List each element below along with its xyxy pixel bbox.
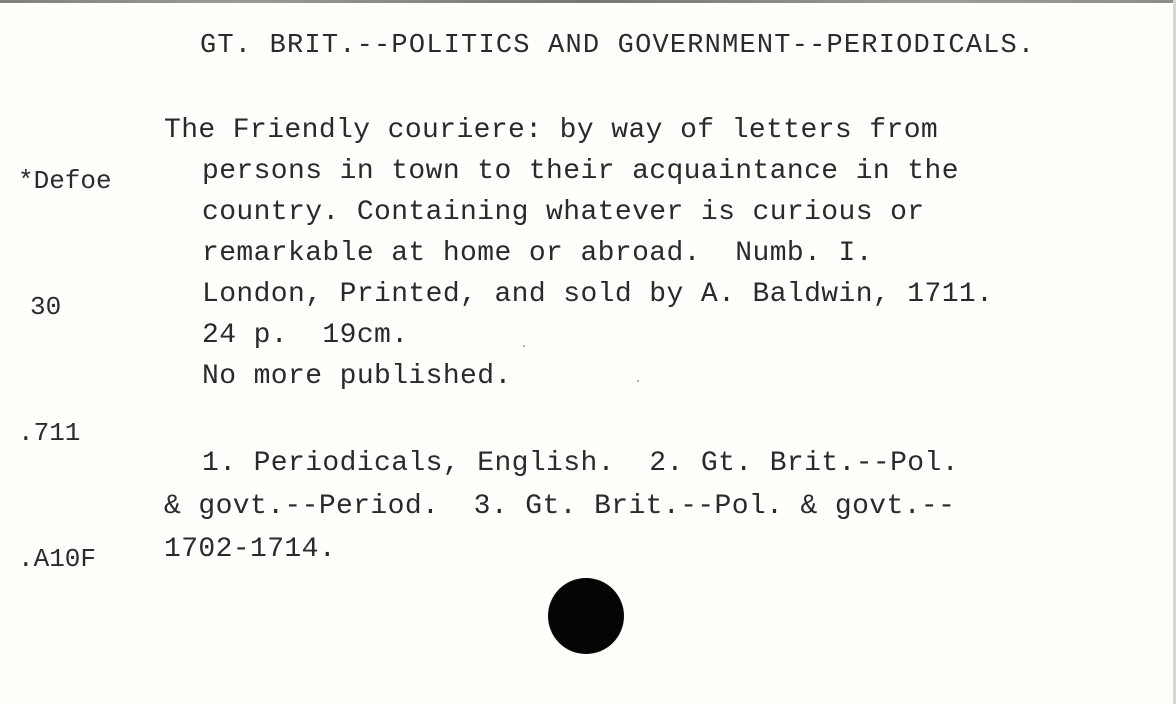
description-line: remarkable at home or abroad. Numb. I. — [164, 233, 993, 274]
tracing-line: 1. Periodicals, English. 2. Gt. Brit.--P… — [164, 442, 959, 485]
subject-heading: GT. BRIT.--POLITICS AND GOVERNMENT--PERI… — [200, 26, 1035, 66]
call-number-line: 30 — [18, 286, 112, 328]
title-line: The Friendly couriere: by way of letters… — [164, 110, 993, 151]
tracing-line: 1702-1714. — [164, 528, 959, 571]
catalog-card: GT. BRIT.--POLITICS AND GOVERNMENT--PERI… — [0, 0, 1176, 704]
call-number-line: *Defoe — [18, 160, 112, 202]
note-line: No more published. — [164, 356, 993, 397]
tracing-line: & govt.--Period. 3. Gt. Brit.--Pol. & go… — [164, 485, 959, 528]
call-number: *Defoe 30 .711 .A10F — [18, 76, 112, 664]
filing-hole-icon — [548, 578, 624, 654]
imprint-line: London, Printed, and sold by A. Baldwin,… — [164, 274, 993, 315]
description-line: persons in town to their acquaintance in… — [164, 151, 993, 192]
paper-speck — [637, 380, 639, 382]
paper-speck — [523, 345, 525, 347]
card-top-edge — [0, 0, 1176, 3]
bibliographic-description: The Friendly couriere: by way of letters… — [164, 110, 993, 397]
call-number-line: .A10F — [18, 538, 112, 580]
description-line: country. Containing whatever is curious … — [164, 192, 993, 233]
collation-line: 24 p. 19cm. — [164, 315, 993, 356]
subject-tracings: 1. Periodicals, English. 2. Gt. Brit.--P… — [164, 442, 959, 571]
call-number-line: .711 — [18, 412, 112, 454]
